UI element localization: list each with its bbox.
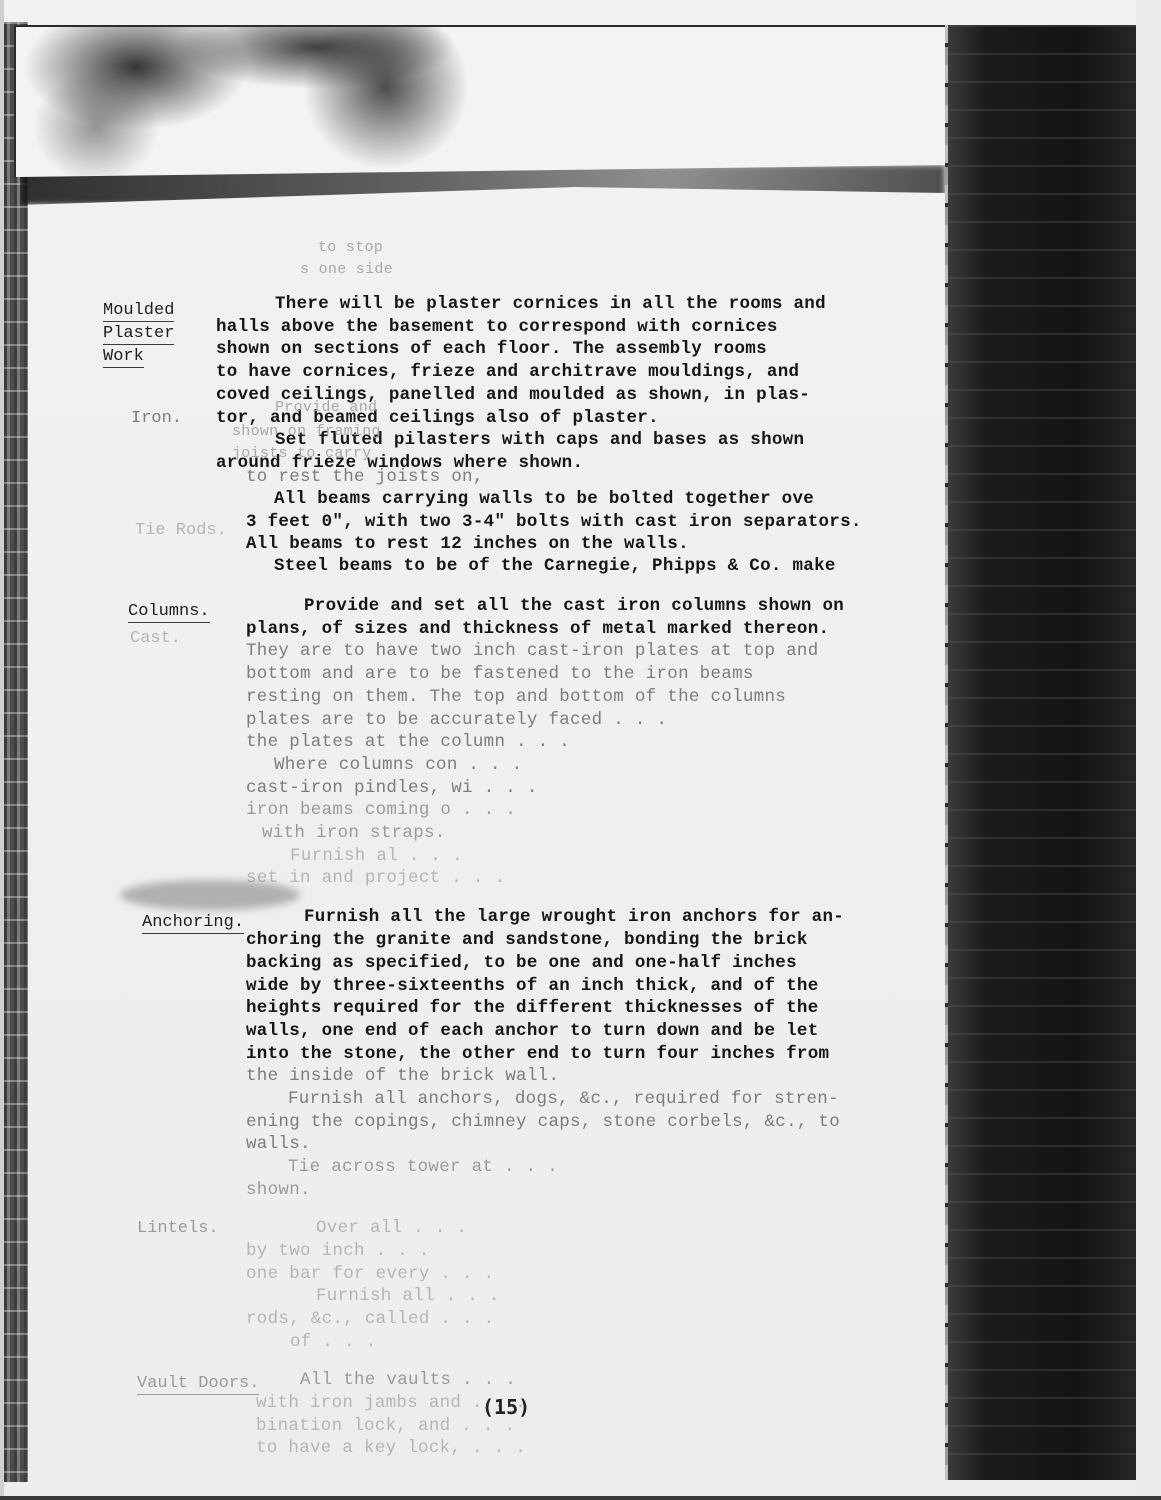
text-line: shown. <box>246 1182 311 1200</box>
margin-heading-lintels: Lintels. <box>137 1220 219 1239</box>
text-line: They are to have two inch cast-iron plat… <box>246 643 819 661</box>
text-line: ening the copings, chimney caps, stone c… <box>246 1114 840 1132</box>
text-line: set in and project . . . <box>246 870 505 888</box>
text-line: bination lock, and . . . <box>256 1418 515 1436</box>
text-line: There will be plaster cornices in all th… <box>275 296 826 314</box>
text-line: Where columns con . . . <box>274 757 522 775</box>
text-line: resting on them. The top and bottom of t… <box>246 689 786 707</box>
text-line: the inside of the brick wall. <box>246 1068 559 1086</box>
text-line: choring the granite and sandstone, bondi… <box>246 932 808 950</box>
text-line: the plates at the column . . . <box>246 734 570 752</box>
text-line: into the stone, the other end to turn fo… <box>246 1046 829 1064</box>
smudge <box>120 880 300 910</box>
text-line: backing as specified, to be one and one-… <box>246 955 797 973</box>
page-number: (15) <box>482 1395 530 1419</box>
text-line: Furnish all . . . <box>316 1288 500 1306</box>
text-line: Furnish all anchors, dogs, &c., required… <box>288 1091 839 1109</box>
text-line: All beams to rest 12 inches on the walls… <box>246 536 689 554</box>
text-line: to rest the joists on, <box>246 469 484 487</box>
ghost-text: Provide and <box>275 400 377 415</box>
ghost-text: s one side <box>300 262 393 277</box>
text-line: Steel beams to be of the Carnegie, Phipp… <box>274 558 836 576</box>
text-line: cast-iron pindles, wi . . . <box>246 780 538 798</box>
text-line: Over all . . . <box>316 1220 467 1238</box>
text-line: 3 feet 0", with two 3-4" bolts with cast… <box>246 514 862 532</box>
ghost-text: shown on framing <box>232 424 381 439</box>
text-line: Tie across tower at . . . <box>288 1159 558 1177</box>
ghost-text: joists to carry <box>232 446 372 461</box>
text-line: by two inch . . . <box>246 1243 430 1261</box>
margin-subheading-cast: Cast. <box>130 630 181 649</box>
bottom-edge <box>0 1496 1161 1500</box>
text-line: halls above the basement to correspond w… <box>216 319 778 337</box>
text-line: to have a key lock, . . . <box>256 1440 526 1458</box>
margin-heading-work: Work <box>103 348 144 368</box>
text-line: rods, &c., called . . . <box>246 1311 494 1329</box>
margin-heading-anchoring: Anchoring. <box>142 914 244 934</box>
text-line: with iron straps. <box>262 825 446 843</box>
text-line: plans, of sizes and thickness of metal m… <box>246 621 829 639</box>
text-line: Provide and set all the cast iron column… <box>304 598 844 616</box>
scanned-page: to stop s one side Moulded Plaster Work … <box>0 0 1161 1500</box>
text-line: Furnish al . . . <box>290 848 463 866</box>
margin-heading-iron: Iron. <box>131 410 182 429</box>
ghost-text: to stop <box>318 240 383 255</box>
text-line: of . . . <box>290 1334 376 1352</box>
top-smudged-header <box>14 25 946 177</box>
margin-heading-columns: Columns. <box>128 603 210 623</box>
margin-heading-plaster: Plaster <box>103 325 174 345</box>
text-line: All the vaults . . . <box>300 1372 516 1390</box>
margin-heading-tie-rods: Tie Rods. <box>135 522 227 541</box>
text-line: to have cornices, frieze and architrave … <box>216 364 799 382</box>
text-line: heights required for the different thick… <box>246 1000 819 1018</box>
right-margin <box>1136 0 1161 1500</box>
text-line: shown on sections of each floor. The ass… <box>216 341 767 359</box>
text-line: walls. <box>246 1136 311 1154</box>
text-line: wide by three-sixteenths of an inch thic… <box>246 978 819 996</box>
left-binding-strip <box>4 22 28 1482</box>
text-line: walls, one end of each anchor to turn do… <box>246 1023 819 1041</box>
text-line: one bar for every . . . <box>246 1266 494 1284</box>
text-line: plates are to be accurately faced . . . <box>246 712 667 730</box>
text-line: iron beams coming o . . . <box>246 802 516 820</box>
text-line: Furnish all the large wrought iron ancho… <box>304 909 844 927</box>
text-line: All beams carrying walls to be bolted to… <box>274 491 814 509</box>
margin-heading-vault-doors: Vault Doors. <box>137 1375 259 1395</box>
text-line: bottom and are to be fastened to the iro… <box>246 666 754 684</box>
margin-heading-moulded: Moulded <box>103 302 174 322</box>
right-dark-band <box>948 25 1136 1480</box>
